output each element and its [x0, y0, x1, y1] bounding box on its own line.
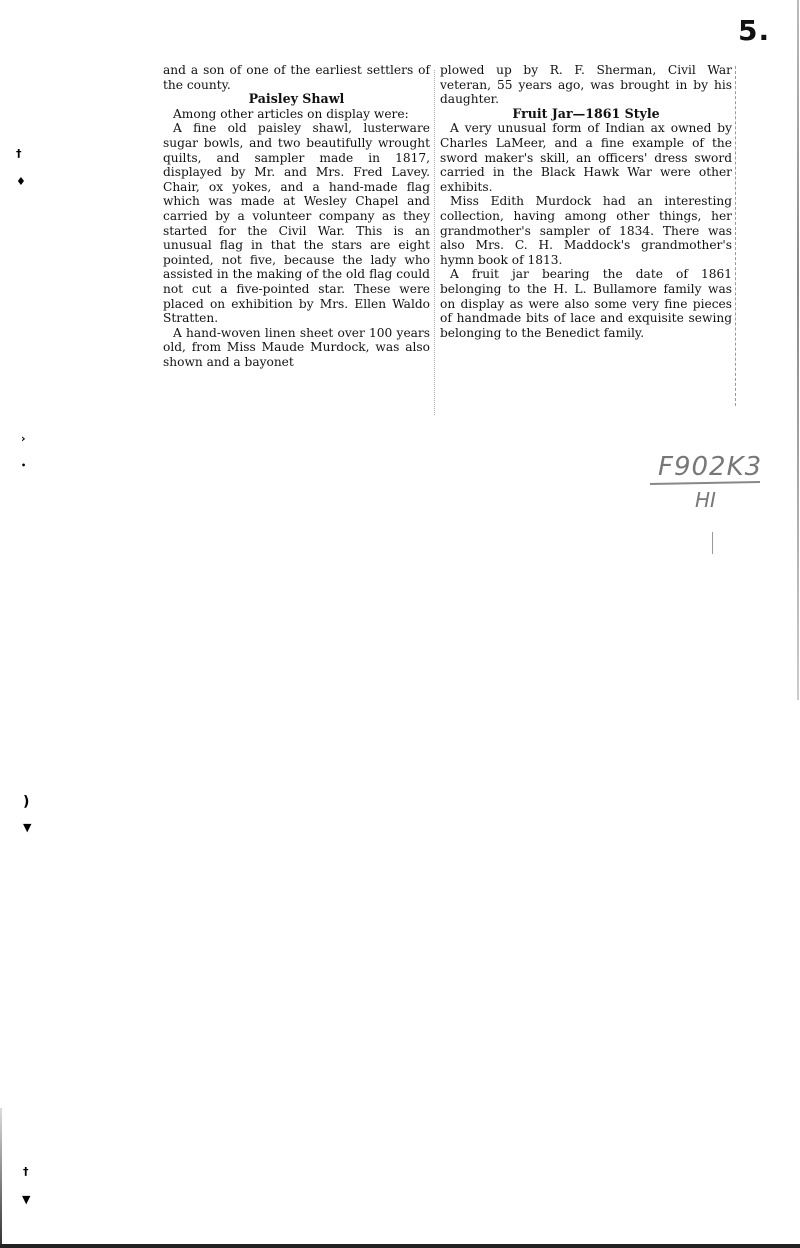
section-heading-fruit-jar: Fruit Jar—1861 Style	[440, 107, 732, 122]
margin-mark-icon: •	[21, 462, 26, 470]
handwritten-sub-mark: HI	[695, 488, 716, 512]
column-2: plowed up by R. F. Sherman, Civil War ve…	[440, 63, 732, 340]
paragraph: A fruit jar bearing the date of 1861 bel…	[440, 267, 732, 340]
paragraph: A fine old paisley shawl, lusterware sug…	[163, 121, 430, 325]
page-right-edge	[797, 0, 799, 700]
margin-mark-icon: ›	[21, 433, 26, 444]
margin-mark-icon: ♦	[16, 176, 26, 187]
paragraph: Miss Edith Murdock had an interesting co…	[440, 194, 732, 267]
margin-mark-icon: ▼	[23, 822, 31, 833]
margin-mark-icon: †	[23, 1166, 29, 1177]
margin-mark-icon: )	[23, 795, 29, 809]
column-right-rule	[735, 66, 737, 406]
section-heading-paisley-shawl: Paisley Shawl	[163, 92, 430, 107]
paragraph: A very unusual form of Indian ax owned b…	[440, 121, 732, 194]
scan-bottom-edge	[0, 1244, 800, 1248]
paragraph: Among other articles on display were:	[163, 107, 430, 122]
page-number: 5.	[738, 14, 770, 47]
handwritten-tick	[712, 532, 713, 554]
margin-mark-icon: ▼	[22, 1194, 30, 1205]
scan-left-edge	[0, 1108, 2, 1244]
column-1: and a son of one of the earliest settler…	[163, 63, 430, 369]
handwritten-call-number: F902K3	[658, 452, 762, 482]
column-divider	[434, 70, 436, 415]
column-1-lead: and a son of one of the earliest settler…	[163, 63, 430, 92]
column-2-lead: plowed up by R. F. Sherman, Civil War ve…	[440, 63, 732, 107]
margin-mark-icon: †	[16, 148, 22, 159]
paragraph: A hand-woven linen sheet over 100 years …	[163, 326, 430, 370]
